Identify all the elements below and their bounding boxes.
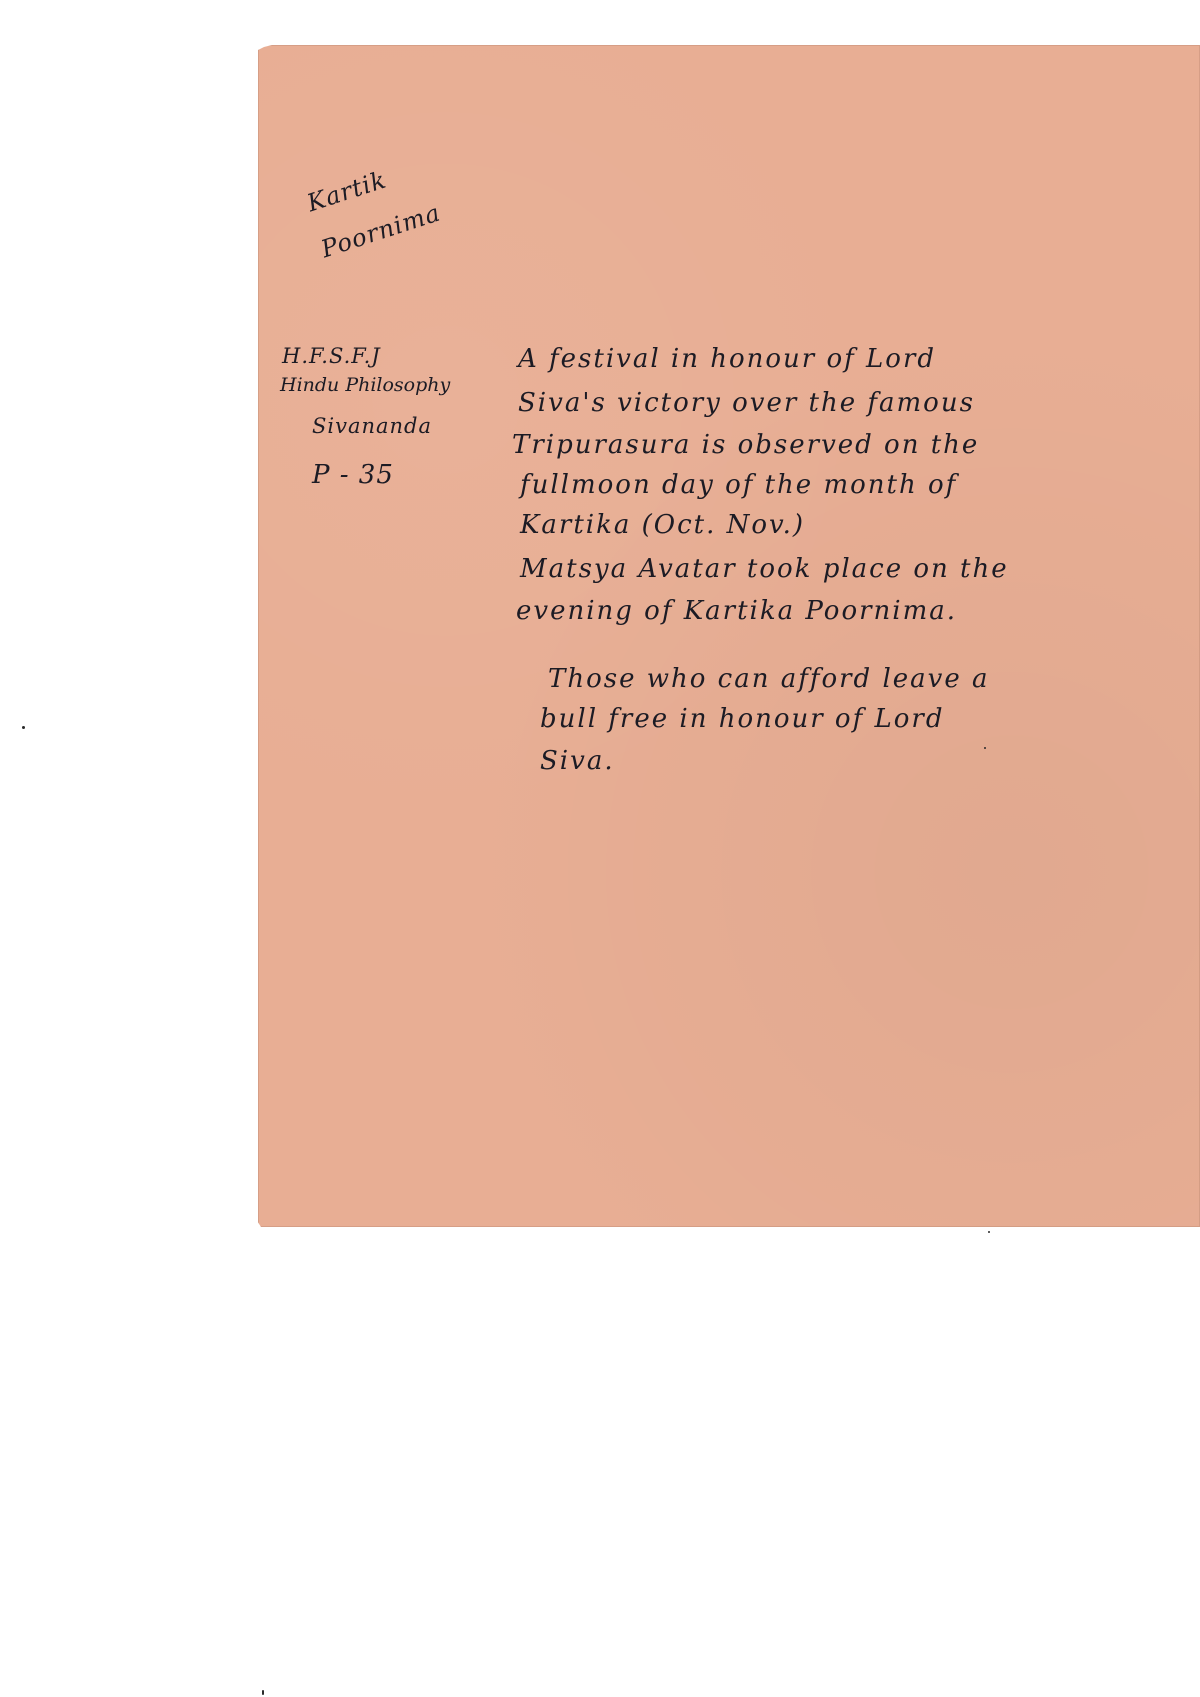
source-note-author: Sivananda xyxy=(312,416,432,437)
scan-speck xyxy=(984,747,986,749)
paragraph-3-line-2: bull free in honour of Lord xyxy=(540,706,944,732)
source-note-book: Hindu Philosophy xyxy=(280,376,450,395)
paragraph-2-line-1: Matsya Avatar took place on the xyxy=(520,556,1009,582)
paragraph-1-line-1: A festival in honour of Lord xyxy=(518,346,936,372)
paragraph-1-line-2: Siva's victory over the famous xyxy=(518,390,975,416)
source-note-page: P - 35 xyxy=(312,462,394,488)
scan-speck xyxy=(988,1231,990,1233)
source-note-abbrev: H.F.S.F.J xyxy=(282,346,381,367)
paragraph-2-line-2: evening of Kartika Poornima. xyxy=(516,598,957,624)
paragraph-1-line-5: Kartika (Oct. Nov.) xyxy=(520,512,805,538)
paragraph-3-line-1: Those who can afford leave a xyxy=(548,666,990,692)
paragraph-1-line-3: Tripurasura is observed on the xyxy=(512,432,979,458)
paragraph-1-line-4: fullmoon day of the month of xyxy=(520,472,957,498)
scan-speck xyxy=(262,1690,264,1695)
scan-speck xyxy=(22,726,25,729)
paragraph-3-line-3: Siva. xyxy=(540,748,615,774)
